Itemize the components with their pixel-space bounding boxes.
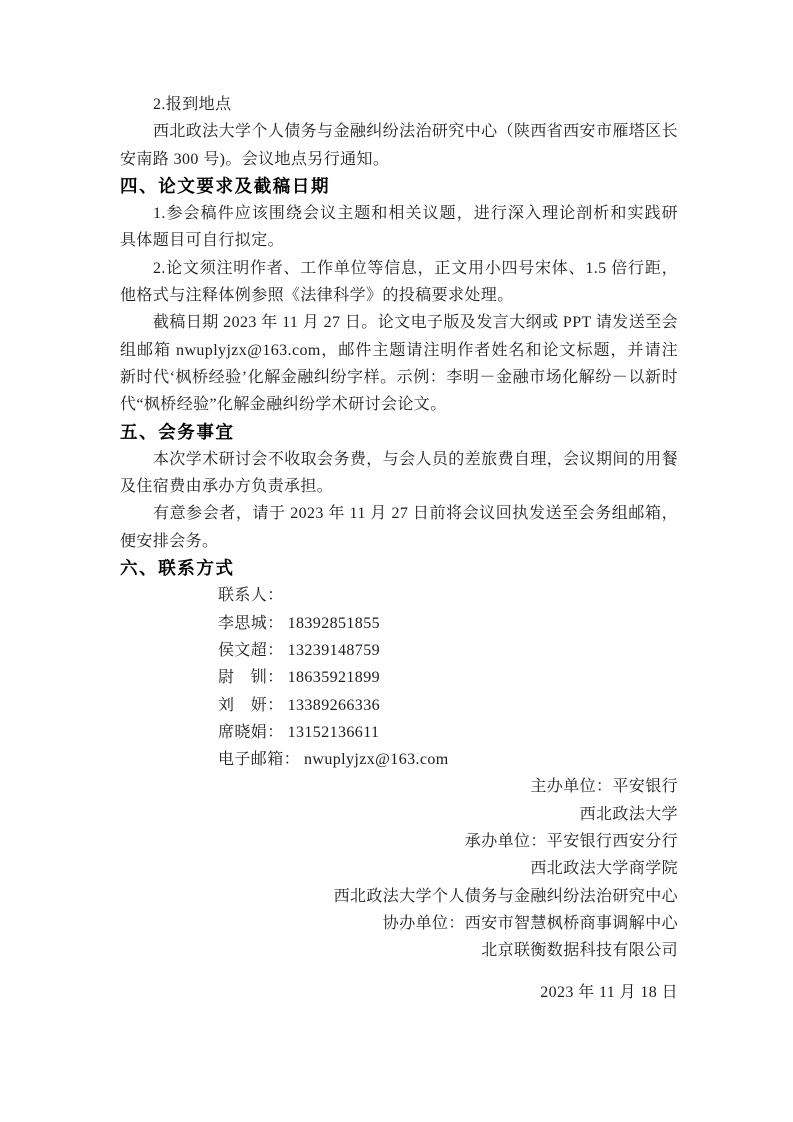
registration-item-title: 2.报到地点 — [120, 91, 678, 118]
contact-entry: 尉 钏：18635921899 — [120, 664, 678, 691]
contact-phone: 18392851855 — [288, 615, 380, 632]
organizer-line: 西北政法大学个人债务与金融纠纷法治研究中心 — [120, 883, 678, 910]
contact-name: 席晓娟： — [218, 724, 284, 741]
contact-name: 尉 钏： — [218, 669, 284, 686]
logistics-reply-line: 便安排会务。 — [120, 528, 678, 555]
deadline-line: 新时代‘枫桥经验’化解金融纠纷字样。示例：李明－金融市场化解纷－以新时 — [120, 364, 678, 391]
contact-phone: 13152136611 — [288, 724, 380, 741]
logistics-section-heading: 五、会务事宜 — [120, 419, 678, 446]
contact-person-label: 联系人： — [120, 582, 678, 609]
contact-entry: 刘 妍：13389266336 — [120, 692, 678, 719]
email-label: 电子邮箱： — [218, 751, 300, 768]
organizer-line: 北京联衡数据科技有限公司 — [120, 937, 678, 964]
paper-requirement-line: 1.参会稿件应该围绕会议主题和相关议题，进行深入理论剖析和实践研究， — [120, 200, 678, 227]
organizer-line: 西北政法大学商学院 — [120, 855, 678, 882]
contact-phone: 13239148759 — [288, 642, 380, 659]
papers-section-heading: 四、论文要求及截稿日期 — [120, 173, 678, 200]
contact-phone: 13389266336 — [288, 697, 380, 714]
contacts-section-heading: 六、联系方式 — [120, 555, 678, 582]
organizer-line: 主办单位：平安银行 — [120, 773, 678, 800]
deadline-line: 组邮箱 nwuplyjzx@163.com，邮件主题请注明作者姓名和论文标题，并… — [120, 337, 678, 364]
registration-body-line: 西北政法大学个人债务与金融纠纷法治研究中心（陕西省西安市雁塔区长 — [120, 118, 678, 145]
email-address: nwuplyjzx@163.com — [304, 751, 449, 768]
paper-format-line: 他格式与注释体例参照《法律科学》的投稿要求处理。 — [120, 282, 678, 309]
contact-entry: 侯文超：13239148759 — [120, 637, 678, 664]
contact-phone: 18635921899 — [288, 669, 380, 686]
organizer-line: 协办单位：西安市智慧枫桥商事调解中心 — [120, 910, 678, 937]
content-column: 2.报到地点 西北政法大学个人债务与金融纠纷法治研究中心（陕西省西安市雁塔区长 … — [120, 91, 678, 1006]
contact-name: 刘 妍： — [218, 697, 284, 714]
document-date: 2023 年 11 月 18 日 — [120, 979, 678, 1006]
contact-entry: 李思城：18392851855 — [120, 610, 678, 637]
paper-requirement-line: 具体题目可自行拟定。 — [120, 227, 678, 254]
registration-body-line: 安南路 300 号)。会议地点另行通知。 — [120, 146, 678, 173]
deadline-line: 截稿日期 2023 年 11 月 27 日。论文电子版及发言大纲或 PPT 请发… — [120, 309, 678, 336]
logistics-fees-line: 及住宿费由承办方负责承担。 — [120, 473, 678, 500]
deadline-line: 代“枫桥经验”化解金融纠纷学术研讨会论文。 — [120, 391, 678, 418]
document-page: 2.报到地点 西北政法大学个人债务与金融纠纷法治研究中心（陕西省西安市雁塔区长 … — [0, 0, 793, 1122]
paper-format-line: 2.论文须注明作者、工作单位等信息，正文用小四号宋体、1.5 倍行距，其 — [120, 255, 678, 282]
organizer-line: 承办单位：平安银行西安分行 — [120, 828, 678, 855]
contact-name: 侯文超： — [218, 642, 284, 659]
contact-entry: 席晓娟：13152136611 — [120, 719, 678, 746]
logistics-fees-line: 本次学术研讨会不收取会务费，与会人员的差旅费自理，会议期间的用餐费 — [120, 446, 678, 473]
contact-name: 李思城： — [218, 615, 284, 632]
organizer-line: 西北政法大学 — [120, 801, 678, 828]
contact-email-line: 电子邮箱：nwuplyjzx@163.com — [120, 746, 678, 773]
logistics-reply-line: 有意参会者，请于 2023 年 11 月 27 日前将会议回执发送至会务组邮箱，… — [120, 500, 678, 527]
